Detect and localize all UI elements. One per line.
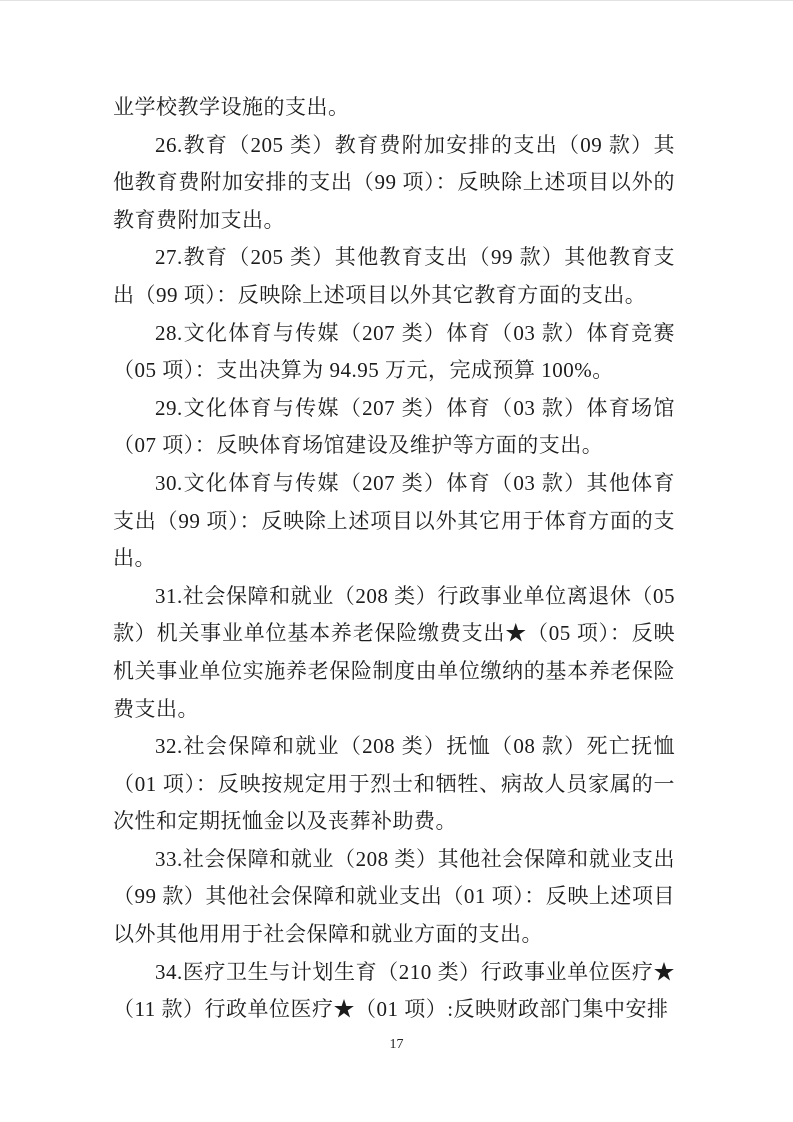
paragraph-item-33: 33.社会保障和就业（208 类）其他社会保障和就业支出（99 款）其他社会保障… <box>113 841 675 954</box>
paragraph-item-28: 28.文化体育与传媒（207 类）体育（03 款）体育竞赛（05 项）：支出决算… <box>113 315 675 390</box>
paragraph-item-29: 29.文化体育与传媒（207 类）体育（03 款）体育场馆（07 项）：反映体育… <box>113 390 675 465</box>
document-page: 业学校教学设施的支出。 26.教育（205 类）教育费附加安排的支出（09 款）… <box>0 0 793 1122</box>
page-number: 17 <box>0 1037 793 1053</box>
paragraph-item-31: 31.社会保障和就业（208 类）行政事业单位离退休（05 款）机关事业单位基本… <box>113 578 675 728</box>
paragraph-item-27: 27.教育（205 类）其他教育支出（99 款）其他教育支出（99 项）：反映除… <box>113 239 675 314</box>
paragraph-item-34: 34.医疗卫生与计划生育（210 类）行政事业单位医疗★（11 款）行政单位医疗… <box>113 954 675 1029</box>
paragraph-item-32: 32.社会保障和就业（208 类）抚恤（08 款）死亡抚恤（01 项）：反映按规… <box>113 728 675 841</box>
paragraph-item-26: 26.教育（205 类）教育费附加安排的支出（09 款）其他教育费附加安排的支出… <box>113 127 675 240</box>
paragraph-continuation: 业学校教学设施的支出。 <box>113 89 675 127</box>
document-body: 业学校教学设施的支出。 26.教育（205 类）教育费附加安排的支出（09 款）… <box>113 89 675 1029</box>
paragraph-item-30: 30.文化体育与传媒（207 类）体育（03 款）其他体育支出（99 项）：反映… <box>113 465 675 578</box>
